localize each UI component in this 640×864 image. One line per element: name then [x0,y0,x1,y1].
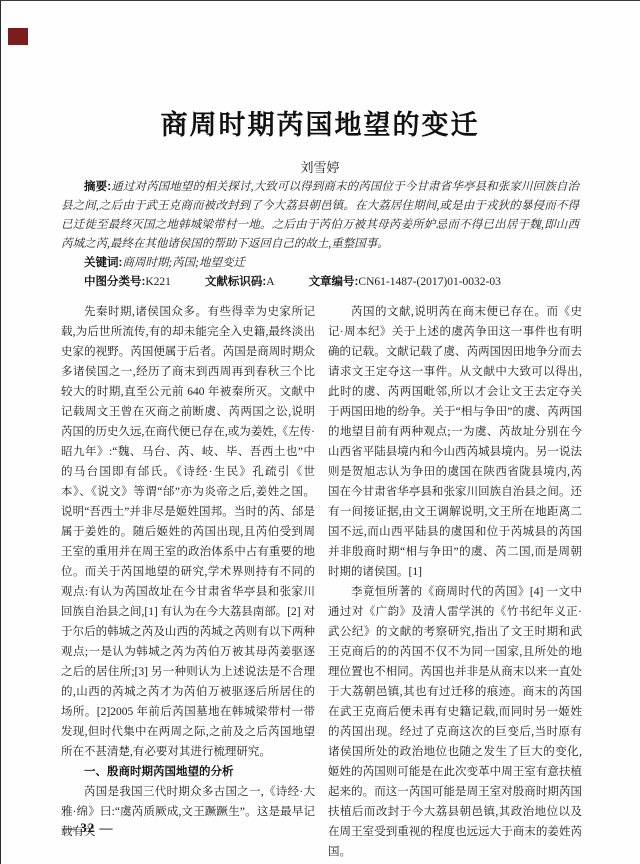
keywords: 关键词:商周时期;芮国;地望变迁 [61,254,579,273]
page-number: — 32 — [62,820,114,836]
abstract-label: 摘要: [84,181,111,193]
abstract-text: 通过对芮国地望的相关探讨,大致可以得到商末的芮国位于今甘肃省华亭县和张家川回族自… [61,181,579,250]
body-paragraph: 芮国的文献,说明芮在商末便已存在。而《史记·周本纪》关于上述的虞芮争田这一事件也… [328,302,582,582]
paper-meta-block: 摘要:通过对芮国地望的相关探讨,大致可以得到商末的芮国位于今甘肃省华亭县和张家川… [61,178,579,292]
clc-value: K221 [145,276,171,288]
classification-line: 中图分类号:K221文献标识码:A文章编号:CN61-1487-(2017)01… [61,273,579,292]
section-heading-1: 一、殷商时期芮国地望的分析 [61,762,315,782]
article-id-label: 文章编号: [309,276,359,288]
body-paragraph: 先秦时期,诸侯国众多。有些得幸为史家所记载,为后世所流传,有的却未能完全入史籍,… [61,302,315,762]
page-title: 商周时期芮国地望的变迁 [0,103,640,142]
right-column: 芮国的文献,说明芮在商末便已存在。而《史记·周本纪》关于上述的虞芮争田这一事件也… [328,302,582,862]
article-id-value: CN61-1487-(2017)01-0032-03 [358,276,500,288]
doc-code-value: A [266,276,274,288]
doc-code-label: 文献标识码: [205,276,266,288]
body-columns: 先秦时期,诸侯国众多。有些得幸为史家所记载,为后世所流传,有的却未能完全入史籍,… [61,302,583,862]
paper-page: 商周时期芮国地望的变迁 刘雪婷 摘要:通过对芮国地望的相关探讨,大致可以得到商末… [0,0,640,864]
left-column: 先秦时期,诸侯国众多。有些得幸为史家所记载,为后世所流传,有的却未能完全入史籍,… [61,302,315,862]
red-corner-mark [8,28,28,45]
clc-label: 中图分类号: [84,276,145,288]
scan-edge-top [0,0,640,1]
keywords-label: 关键词: [84,257,122,269]
keywords-text: 商周时期;芮国;地望变迁 [122,257,245,269]
body-paragraph: 李竟恒所著的《商周时代的芮国》[4] 一文中通过对《广韵》及清人雷学淇的《竹书纪… [328,582,582,862]
author-name: 刘雪婷 [0,157,640,176]
abstract: 摘要:通过对芮国地望的相关探讨,大致可以得到商末的芮国位于今甘肃省华亭县和张家川… [61,178,579,254]
